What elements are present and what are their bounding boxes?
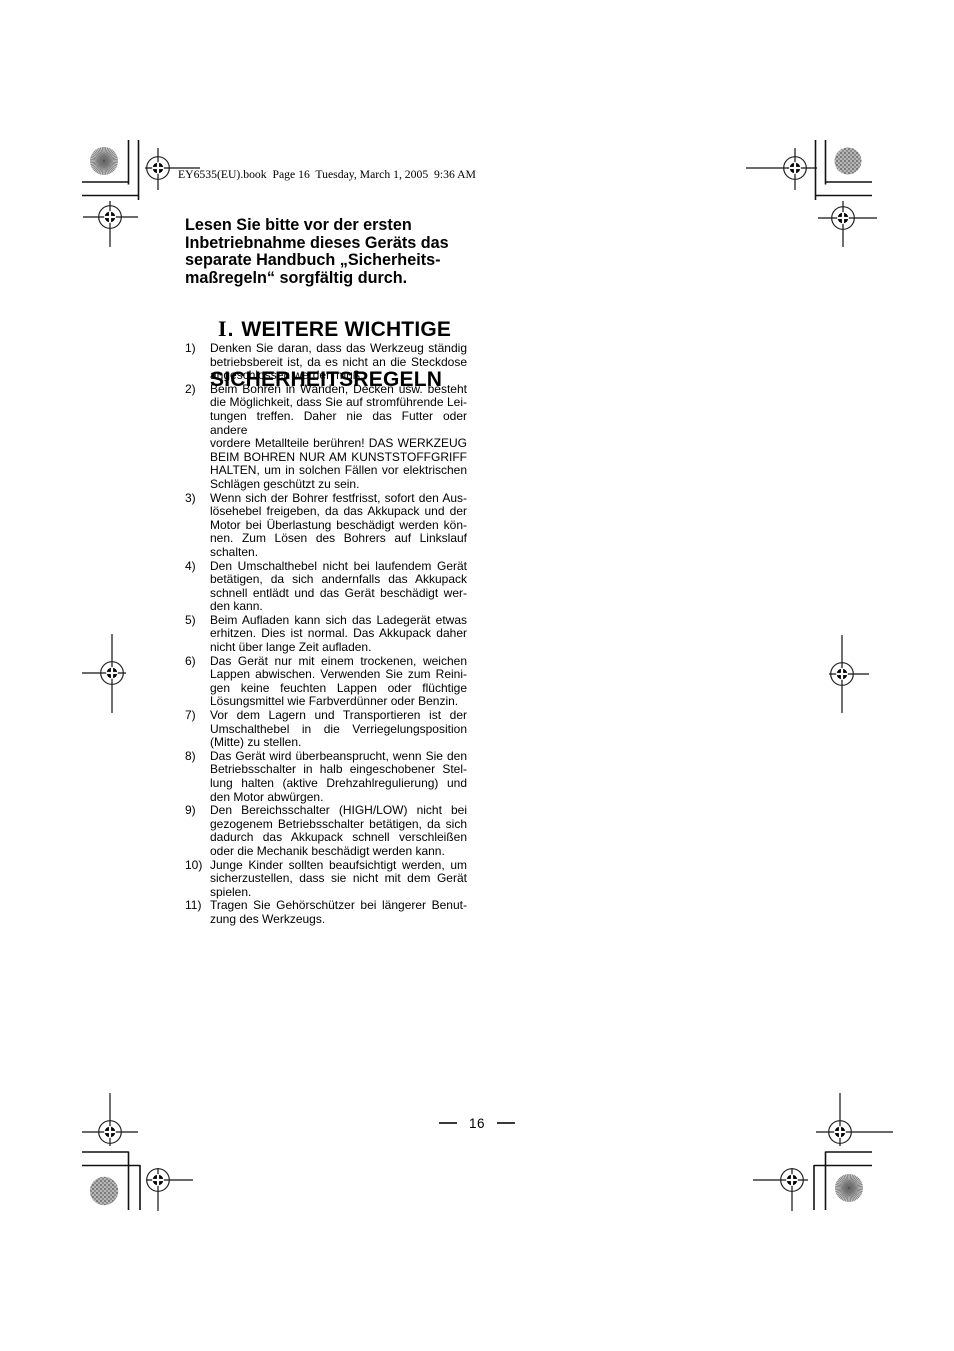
list-item-text: Beim Aufladen kann sich das Ladegerät et…	[210, 614, 467, 655]
list-item-line: Denken Sie daran, dass das Werkzeug stän…	[210, 342, 467, 356]
list-item: 9) Den Bereichsschalter (HIGH/LOW) nicht…	[185, 804, 467, 858]
registration-marks-layer	[0, 0, 954, 1351]
list-item-text: Tragen Sie Gehörschützer bei längerer Be…	[210, 899, 467, 926]
list-item: 8) Das Gerät wird überbeansprucht, wenn …	[185, 750, 467, 804]
list-item-line: Vor dem Lagern und Transportieren ist de…	[210, 709, 467, 723]
list-item-line: Tragen Sie Gehörschützer bei längerer Be…	[210, 899, 467, 913]
page-number-dash	[497, 1122, 515, 1124]
list-item-number: 6)	[185, 655, 210, 709]
list-item-line: gezogenem Betriebsschalter betätigen, da…	[210, 818, 467, 832]
list-item: 5) Beim Aufladen kann sich das Ladegerät…	[185, 614, 467, 655]
list-item-line: dadurch das Akkupack schnell verschleiße…	[210, 831, 467, 845]
list-item: 7) Vor dem Lagern und Transportieren ist…	[185, 709, 467, 750]
safety-rules-list: 1) Denken Sie daran, dass das Werkzeug s…	[185, 342, 467, 927]
list-item-line: HALTEN, um in solchen Fällen vor elektri…	[210, 464, 467, 478]
page-number-dash	[439, 1122, 457, 1124]
list-item: 3) Wenn sich der Bohrer festfrisst, sofo…	[185, 492, 467, 560]
list-item-line: lösehebel freigeben, da das Akkupack und…	[210, 505, 467, 519]
list-item-line: Junge Kinder sollten beaufsichtigt werde…	[210, 859, 467, 873]
list-item-line: Lappen abwischen. Verwenden Sie zum Rein…	[210, 668, 467, 682]
list-item-line: Schlägen geschützt zu sein.	[210, 478, 467, 492]
list-item-line: schalten.	[210, 546, 467, 560]
list-item-number: 5)	[185, 614, 210, 655]
list-item-line: sicherzustellen, dass sie nicht mit dem …	[210, 872, 467, 886]
list-item-line: Den Bereichsschalter (HIGH/LOW) nicht be…	[210, 804, 467, 818]
list-item-line: BEIM BOHREN NUR AM KUNSTSTOFFGRIFF	[210, 451, 467, 465]
list-item-line: nen. Zum Lösen des Bohrers auf Linkslauf	[210, 532, 467, 546]
list-item-number: 1)	[185, 342, 210, 383]
registration-crosshair-icon	[83, 201, 138, 247]
list-item-line: Das Gerät wird überbeansprucht, wenn Sie…	[210, 750, 467, 764]
section-numeral-dot: .	[228, 318, 234, 341]
list-item-line: Motor bei Überlastung beschädigt werden …	[210, 519, 467, 533]
list-item-number: 3)	[185, 492, 210, 560]
list-item-number: 4)	[185, 560, 210, 614]
list-item: 4) Den Umschalthebel nicht bei laufendem…	[185, 560, 467, 614]
list-item-line: lung halten (aktive Drehzahlregulierung)…	[210, 777, 467, 791]
list-item-line: den kann.	[210, 600, 467, 614]
registration-crosshair-icon	[146, 1168, 193, 1211]
list-item-line: Beim Aufladen kann sich das Ladegerät et…	[210, 614, 467, 628]
list-item-line: die Möglichkeit, dass Sie auf stromführe…	[210, 396, 467, 410]
list-item-line: Das Gerät nur mit einem trockenen, weich…	[210, 655, 467, 669]
list-item-text: Vor dem Lagern und Transportieren ist de…	[210, 709, 467, 750]
list-item-number: 10)	[185, 859, 210, 900]
halftone-dot-icon	[835, 148, 862, 175]
list-item-line: Betriebsschalter in halb eingeschobener …	[210, 763, 467, 777]
list-item-text: Das Gerät nur mit einem trockenen, weich…	[210, 655, 467, 709]
section-title-part1: WEITERE WICHTIGE	[241, 318, 451, 341]
intro-line: Inbetriebnahme dieses Geräts das	[185, 235, 449, 253]
page-number: 16	[469, 1116, 485, 1131]
page-footer: 16	[0, 1113, 954, 1133]
registration-crosshair-icon	[746, 148, 817, 190]
list-item: 11) Tragen Sie Gehörschützer bei längere…	[185, 899, 467, 926]
list-item-text: Junge Kinder sollten beaufsichtigt werde…	[210, 859, 467, 900]
list-item-line: erhitzen. Dies ist normal. Das Akkupack …	[210, 627, 467, 641]
intro-paragraph: Lesen Sie bitte vor der ersten Inbetrieb…	[185, 217, 449, 287]
file-header-note: EY6535(EU).book Page 16 Tuesday, March 1…	[178, 168, 476, 182]
list-item-line: Den Umschalthebel nicht bei laufendem Ge…	[210, 560, 467, 574]
list-item-line: betätigen, da sich andernfalls das Akkup…	[210, 573, 467, 587]
list-item-line: gen keine feuchten Lappen oder flüchtige	[210, 682, 467, 696]
list-item-text: Denken Sie daran, dass das Werkzeug stän…	[210, 342, 467, 383]
manual-page: EY6535(EU).book Page 16 Tuesday, March 1…	[0, 0, 954, 1351]
list-item-line: Lösungsmittel wie Farbverdünner oder Ben…	[210, 695, 467, 709]
intro-line: separate Handbuch „Sicherheits-	[185, 252, 449, 270]
list-item-text: Den Bereichsschalter (HIGH/LOW) nicht be…	[210, 804, 467, 858]
list-item-line: vordere Metallteile berühren! DAS WERKZE…	[210, 437, 467, 451]
registration-crosshair-icon	[82, 634, 126, 713]
intro-line: maßregeln“ sorgfältig durch.	[185, 270, 449, 288]
list-item-line: Beim Bohren in Wänden, Decken usw. beste…	[210, 383, 467, 397]
halftone-dot-icon	[90, 147, 118, 175]
registration-crosshair-icon	[753, 1168, 808, 1211]
list-item-line: nicht über lange Zeit aufladen.	[210, 641, 467, 655]
list-item-line: zung des Werkzeugs.	[210, 913, 467, 927]
list-item-line: oder die Mechanik beschädigt werden kann…	[210, 845, 467, 859]
list-item-number: 9)	[185, 804, 210, 858]
list-item-number: 8)	[185, 750, 210, 804]
section-numeral: I	[218, 316, 227, 341]
list-item-line: spielen.	[210, 886, 467, 900]
list-item-line: den Motor abwürgen.	[210, 791, 467, 805]
halftone-dot-icon	[835, 1174, 863, 1202]
registration-crosshair-icon	[818, 201, 877, 247]
list-item-line: betriebsbereit ist, da es nicht an die S…	[210, 356, 467, 370]
list-item-text: Wenn sich der Bohrer festfrisst, sofort …	[210, 492, 467, 560]
list-item-line: schnell entlädt und das Gerät beschädigt…	[210, 587, 467, 601]
intro-line: Lesen Sie bitte vor der ersten	[185, 217, 449, 235]
list-item: 6) Das Gerät nur mit einem trockenen, we…	[185, 655, 467, 709]
list-item-line: Umschalthebel in die Verriegelungspositi…	[210, 723, 467, 737]
list-item-number: 11)	[185, 899, 210, 926]
list-item: 2) Beim Bohren in Wänden, Decken usw. be…	[185, 383, 467, 492]
registration-crosshair-icon	[829, 635, 869, 713]
list-item-line: (Mitte) zu stellen.	[210, 736, 467, 750]
list-item-text: Das Gerät wird überbeansprucht, wenn Sie…	[210, 750, 467, 804]
list-item-line: tungen treffen. Daher nie das Futter ode…	[210, 410, 467, 437]
list-item: 10) Junge Kinder sollten beaufsichtigt w…	[185, 859, 467, 900]
list-item-number: 2)	[185, 383, 210, 492]
list-item-text: Beim Bohren in Wänden, Decken usw. beste…	[210, 383, 467, 492]
list-item: 1) Denken Sie daran, dass das Werkzeug s…	[185, 342, 467, 383]
list-item-line: angeschlossen werden muß.	[210, 369, 467, 383]
halftone-dot-icon	[90, 1177, 118, 1205]
list-item-number: 7)	[185, 709, 210, 750]
list-item-line: Wenn sich der Bohrer festfrisst, sofort …	[210, 492, 467, 506]
list-item-text: Den Umschalthebel nicht bei laufendem Ge…	[210, 560, 467, 614]
